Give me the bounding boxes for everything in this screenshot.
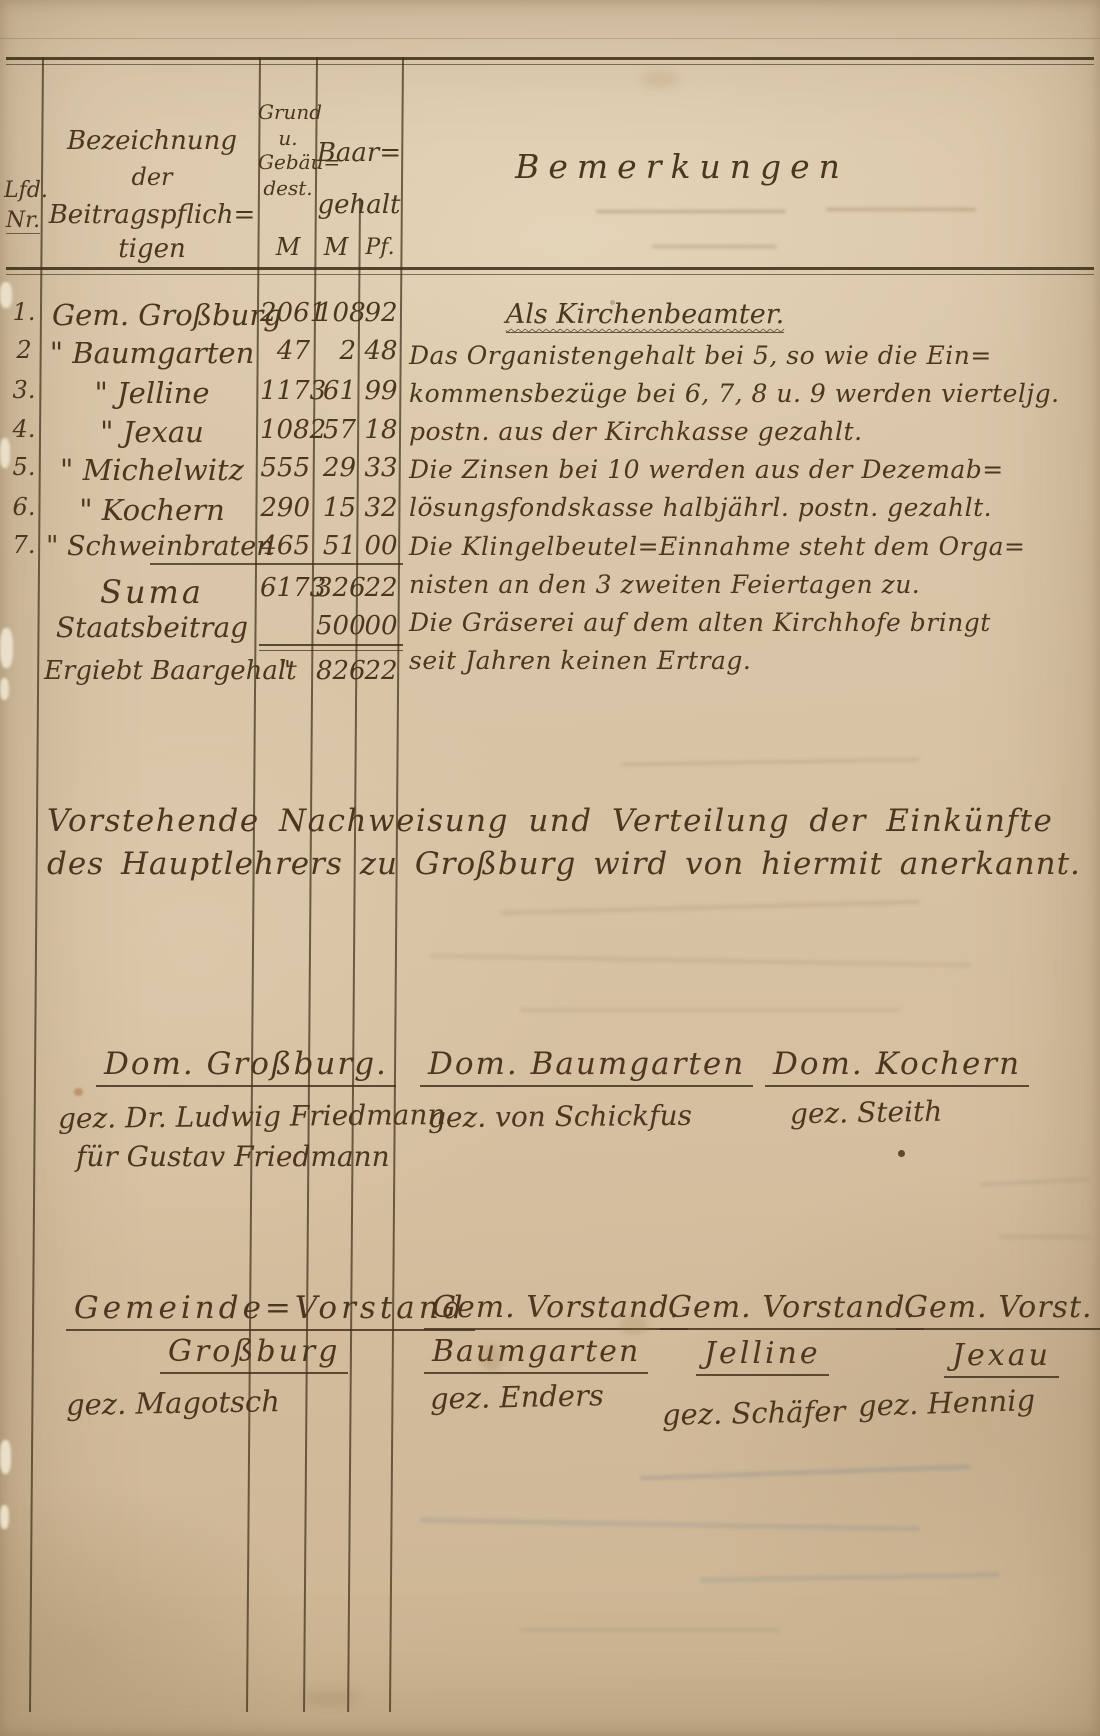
header-baar-unit-pf: Pf. [358, 235, 402, 260]
bleedthrough-mark [430, 953, 970, 967]
row-pf: 48 [361, 336, 401, 366]
row-name: " Jelline [46, 376, 258, 410]
stain-speck [74, 1088, 83, 1096]
row-pf: 00 [361, 531, 401, 561]
summary-pf: 22 [361, 573, 401, 603]
stain-speck [610, 300, 615, 305]
row-nr: 6. [6, 493, 42, 521]
header-baar-1: Baar= [316, 138, 402, 168]
remark-line: nisten an den 3 zweiten Feiertagen zu. [409, 570, 1049, 599]
row-m: 61 [316, 376, 356, 406]
summary-m: 500 [316, 611, 356, 641]
summary-grund: 6173 [260, 573, 310, 603]
header-grund-3: Gebäu= [258, 150, 318, 174]
signature-block-gemeinde-baumgarten: Gem. Vorstand. [424, 1290, 688, 1330]
signature-title: Gem. Vorstand. [660, 1290, 924, 1330]
row-grund: 2061 [260, 298, 310, 328]
row-pf: 33 [361, 453, 401, 483]
paper-edge-crease [0, 38, 1100, 39]
stain-blotch [300, 1690, 360, 1706]
header-bezeichnung-2: der [46, 163, 258, 191]
summary-grund-ditto: " [260, 656, 310, 686]
row-grund: 47 [260, 336, 310, 366]
row-m: 57 [316, 415, 356, 445]
summary-label: Suma [46, 573, 258, 611]
paper-tear [0, 678, 9, 700]
remark-line: seit Jahren keinen Ertrag. [409, 646, 1049, 675]
summary-pf: 22 [361, 656, 401, 686]
remark-line: Die Gräserei auf dem alten Kirchhofe bri… [409, 608, 1049, 637]
paper-tear [0, 438, 10, 468]
remarks-heading: Als Kirchenbeamter. [506, 299, 784, 333]
signature-place-wrap: Baumgarten [424, 1334, 648, 1374]
signature-place-wrap: Jexau [944, 1338, 1059, 1378]
stain-blotch [640, 70, 680, 88]
signature-title: Gem. Vorst. [896, 1290, 1100, 1330]
row-pf: 18 [361, 415, 401, 445]
signature-name: für Gustav Friedmann [76, 1140, 390, 1173]
bleedthrough-mark [652, 245, 777, 248]
header-grund-1: Grund [258, 100, 318, 124]
bleedthrough-mark [1000, 1235, 1090, 1239]
signature-place-wrap: Jelline [696, 1336, 829, 1376]
bleedthrough-mark [620, 757, 920, 766]
remark-line: Die Zinsen bei 10 werden aus der Dezemab… [409, 455, 1049, 484]
header-baar-unit-m: M [314, 233, 358, 261]
stain-blotch [620, 1315, 648, 1335]
attestation-line-1: Vorstehende Nachweisung und Verteilung d… [47, 803, 1053, 839]
attestation-line-2: des Hauptlehrers zu Großburg wird von hi… [47, 846, 1081, 882]
bleedthrough-mark [826, 208, 976, 211]
header-grund-4: dest. [258, 176, 318, 200]
row-m: 29 [316, 453, 356, 483]
row-name: " Jexau [46, 415, 258, 449]
bleedthrough-mark [640, 1464, 970, 1481]
ledger-page: Lfd. Nr. Bezeichnung der Beitragspflich=… [0, 0, 1100, 1736]
top-rule-heavy [6, 57, 1094, 60]
signature-name: gez. Dr. Ludwig Friedmann [58, 1098, 446, 1135]
signature-name: gez. Steith [790, 1095, 943, 1131]
summary-m: 826 [316, 656, 356, 686]
row-name: " Baumgarten [46, 336, 258, 370]
signature-place-wrap: Großburg [160, 1334, 348, 1374]
row-name: Gem. Großburg [46, 298, 264, 332]
header-grund-unit: M [258, 233, 318, 261]
paper-tear [0, 282, 12, 308]
row-grund: 465 [260, 531, 310, 561]
header-rule-heavy [6, 267, 1094, 270]
row-m: 2 [316, 336, 356, 366]
signature-block-gemeinde-jelline: Gem. Vorstand. [660, 1290, 924, 1330]
signature-title: Dom. Baumgarten [420, 1046, 753, 1087]
header-bezeichnung-3: Beitragspflich= [46, 200, 258, 230]
remark-line: Das Organistengehalt bei 5, so wie die E… [409, 341, 1049, 370]
signature-name: gez. Magotsch [66, 1384, 280, 1422]
row-name: " Schweinbraten [46, 531, 258, 562]
signature-name: gez. Hennig [857, 1383, 1035, 1423]
summary-label: Ergiebt Baargehalt [44, 656, 258, 686]
ink-speck [898, 1150, 905, 1157]
row-grund: 1173 [260, 376, 310, 406]
row-nr: 3. [6, 376, 42, 404]
signature-block-gemeinde-grossburg: Gemeinde=Vorstand [66, 1290, 475, 1331]
paper-tear [0, 1505, 9, 1529]
remarks-heading-wrap: Als Kirchenbeamter. [430, 299, 860, 330]
header-nr: Nr. [6, 208, 40, 234]
bleedthrough-mark [420, 1518, 920, 1532]
bleedthrough-mark [980, 1177, 1090, 1187]
bleedthrough-mark [700, 1572, 1000, 1582]
summary-label: Staatsbeitrag [46, 611, 258, 644]
signature-place: Großburg [160, 1334, 348, 1374]
row-m: 51 [316, 531, 356, 561]
header-bemerkungen: Bemerkungen [402, 147, 962, 186]
signature-name: gez. Schäfer [662, 1394, 846, 1432]
row-m: 108 [316, 298, 356, 328]
signature-name: gez. Enders [430, 1378, 604, 1416]
row-name: " Kochern [46, 493, 258, 527]
header-rule-light [6, 274, 1094, 275]
summary-m: 326 [316, 573, 356, 603]
row-nr: 2 [6, 336, 42, 364]
row-m: 15 [316, 493, 356, 523]
row-nr: 4. [6, 415, 42, 443]
signature-block-dom-grossburg: Dom. Großburg. [96, 1046, 396, 1087]
remark-line: postn. aus der Kirchkasse gezahlt. [409, 417, 1049, 446]
row-pf: 32 [361, 493, 401, 523]
paper-tear [0, 628, 13, 668]
signature-place: Jexau [944, 1338, 1059, 1378]
signature-title: Dom. Kochern [765, 1046, 1029, 1087]
header-nr-wrap: Nr. [4, 208, 42, 233]
remark-line: Die Klingelbeutel=Einnahme steht dem Org… [409, 532, 1049, 561]
bleedthrough-mark [596, 210, 786, 213]
remark-line: kommensbezüge bei 6, 7, 8 u. 9 werden vi… [409, 379, 1049, 408]
signature-block-dom-baumgarten: Dom. Baumgarten [420, 1046, 753, 1087]
row-pf: 99 [361, 376, 401, 406]
row-name: " Michelwitz [46, 453, 258, 487]
header-lfd: Lfd. [4, 178, 42, 203]
bleedthrough-mark [500, 900, 920, 916]
bleedthrough-mark [520, 1008, 900, 1012]
row-pf: 92 [361, 298, 401, 328]
signature-block-gemeinde-jexau: Gem. Vorst. [896, 1290, 1100, 1330]
paper-tear [0, 1440, 11, 1474]
signature-block-dom-kochern: Dom. Kochern [765, 1046, 1029, 1087]
top-rule-light [6, 64, 1094, 65]
stain-blotch [480, 1345, 502, 1371]
signature-place: Jelline [696, 1336, 829, 1376]
header-grund-2: u. [258, 126, 318, 150]
signature-title: Gemeinde=Vorstand [66, 1290, 475, 1331]
remark-line: lösungsfondskasse halbjährl. postn. geza… [409, 493, 1049, 522]
signature-title: Dom. Großburg. [96, 1046, 396, 1087]
bleedthrough-mark [520, 1628, 780, 1632]
row-grund: 1082 [260, 415, 310, 445]
row-grund: 290 [260, 493, 310, 523]
row-grund: 555 [260, 453, 310, 483]
header-bezeichnung-4: tigen [46, 234, 258, 264]
signature-title: Gem. Vorstand. [424, 1290, 688, 1330]
summary-pf: 00 [361, 611, 401, 641]
header-baar-2: gehalt [316, 190, 402, 220]
row-nr: 5. [6, 453, 42, 481]
signature-name: gez. von Schickfus [428, 1099, 692, 1134]
signature-place: Baumgarten [424, 1334, 648, 1374]
header-bezeichnung-1: Bezeichnung [46, 126, 258, 156]
row-nr: 7. [6, 531, 42, 559]
